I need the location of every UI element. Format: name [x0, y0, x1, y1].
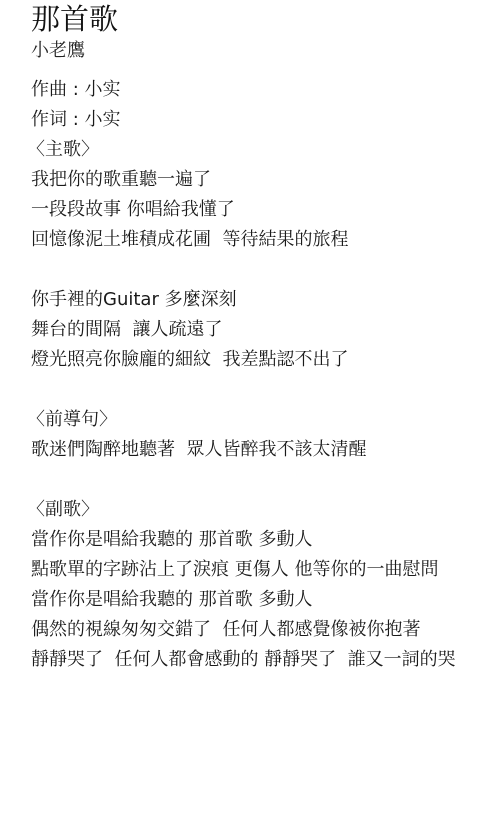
lyrics-page: 那首歌 小老鷹 作曲 : 小实 作词 : 小实 〈主歌〉 我把你的歌重聽一遍了 …	[31, 0, 500, 675]
lyric-line: 燈光照亮你臉龐的細紋 我差點認不出了	[31, 345, 500, 375]
lyric-line: 靜靜哭了 任何人都會感動的 靜靜哭了 誰又一詞的哭	[31, 645, 500, 675]
lyric-line: 歌迷們陶醉地聽著 眾人皆醉我不該太清醒	[31, 435, 500, 465]
lyric-line: 舞台的間隔 讓人疏遠了	[31, 315, 500, 345]
lyric-line: 我把你的歌重聽一遍了	[31, 165, 500, 195]
song-title: 那首歌	[31, 0, 500, 38]
blank-line	[31, 465, 500, 495]
lyric-line: 你手裡的Guitar 多麼深刻	[31, 285, 500, 315]
lyric-line: 回憶像泥土堆積成花圃 等待結果的旅程	[31, 225, 500, 255]
credit-lyricist: 作词 : 小实	[31, 105, 500, 135]
section-verse-label: 〈主歌〉	[27, 135, 500, 165]
blank-line	[31, 375, 500, 405]
lyric-line: 當作你是唱給我聽的 那首歌 多動人	[31, 525, 500, 555]
section-pre-chorus-label: 〈前導句〉	[27, 405, 500, 435]
artist-name: 小老鷹	[31, 37, 500, 65]
blank-line	[31, 255, 500, 285]
lyric-line: 一段段故事 你唱給我懂了	[31, 195, 500, 225]
lyric-line: 當作你是唱給我聽的 那首歌 多動人	[31, 585, 500, 615]
lyric-line: 偶然的視線匆匆交錯了 任何人都感覺像被你抱著	[31, 615, 500, 645]
lyrics-body: 作曲 : 小实 作词 : 小实 〈主歌〉 我把你的歌重聽一遍了 一段段故事 你唱…	[31, 75, 500, 675]
lyric-line: 點歌單的字跡沾上了淚痕 更傷人 他等你的一曲慰問	[31, 555, 500, 585]
section-chorus-label: 〈副歌〉	[27, 495, 500, 525]
credit-composer: 作曲 : 小实	[31, 75, 500, 105]
